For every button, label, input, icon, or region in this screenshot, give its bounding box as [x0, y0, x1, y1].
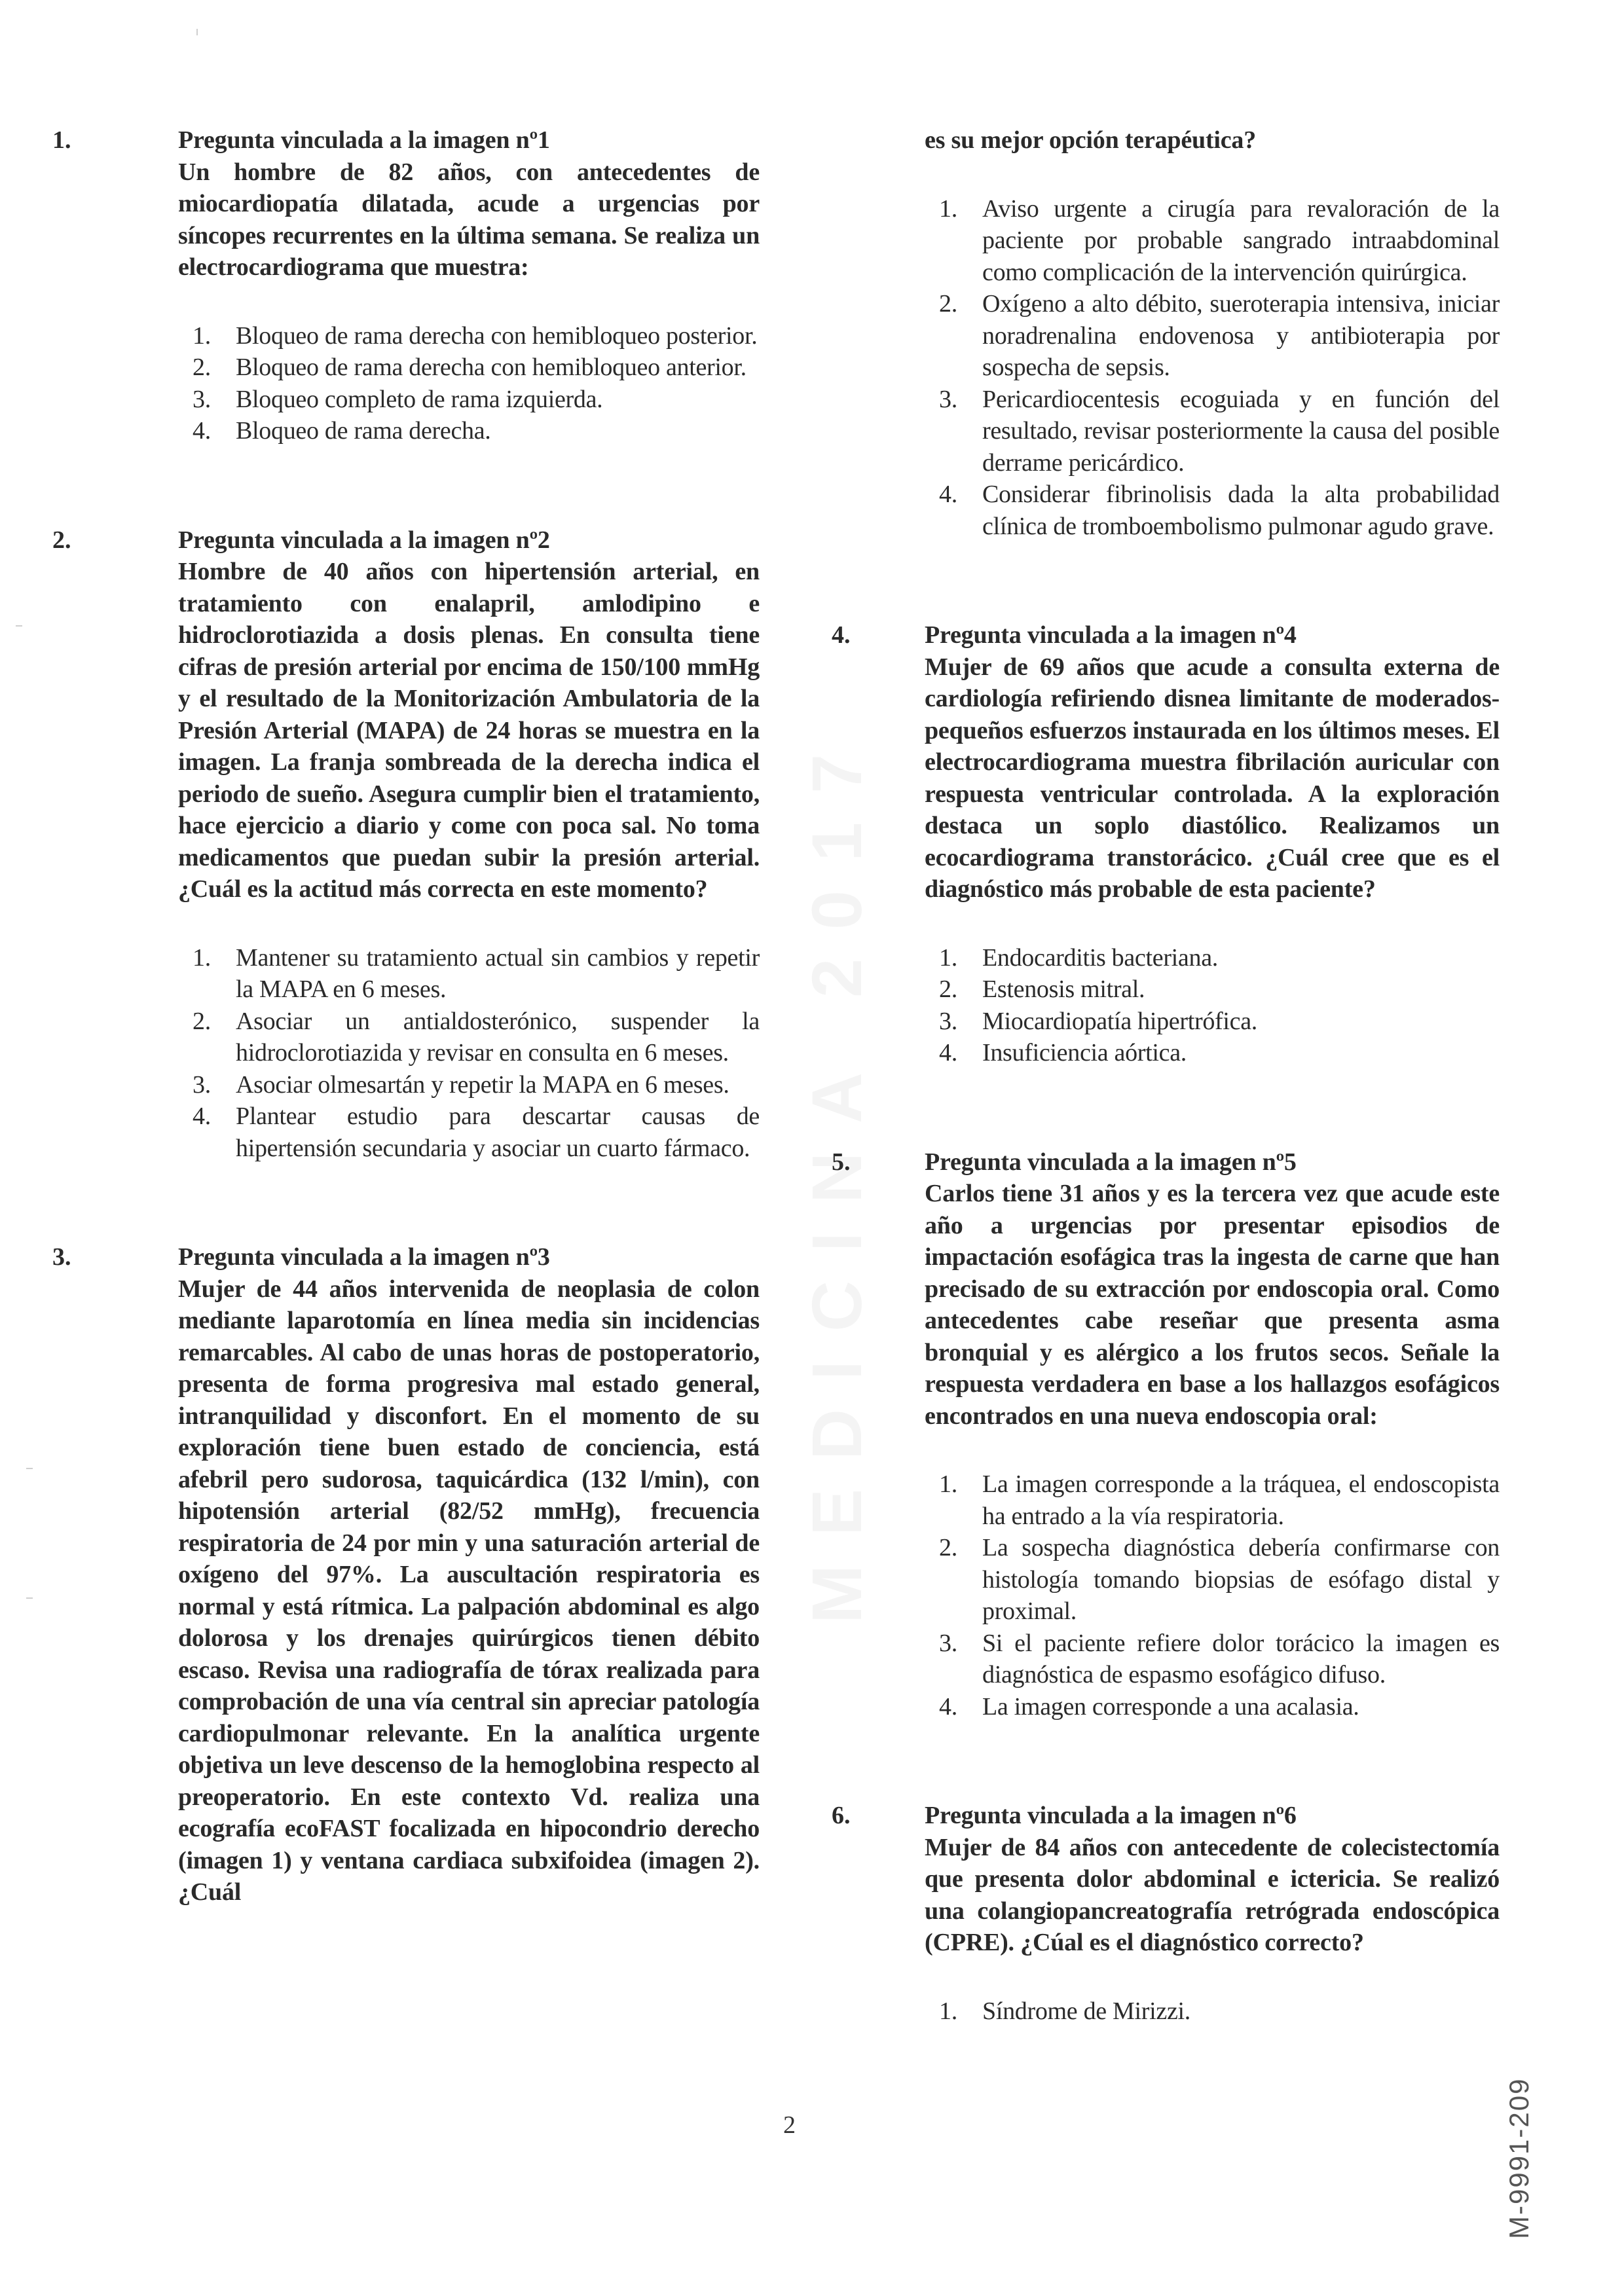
- answer-option-2[interactable]: 2.La sospecha diagnóstica debería confir…: [925, 1532, 1500, 1628]
- answer-option-4[interactable]: 4.La imagen corresponde a una acalasia.: [925, 1691, 1500, 1723]
- answer-option-3[interactable]: 3.Si el paciente refiere dolor torácico …: [925, 1628, 1500, 1691]
- page-number: 2: [783, 2111, 796, 2140]
- answer-option-4[interactable]: 4.Bloqueo de rama derecha.: [178, 415, 760, 447]
- question-number: 1.: [52, 124, 71, 156]
- question-number: 6.: [832, 1800, 851, 1831]
- question-3: 3. Pregunta vinculada a la imagen nº3 Mu…: [52, 1241, 760, 1908]
- question-6: 6. Pregunta vinculada a la imagen nº6 Mu…: [832, 1800, 1500, 2027]
- question-title: Pregunta vinculada a la imagen nº5: [925, 1146, 1500, 1178]
- answer-options: 1.Endocarditis bacteriana. 2.Estenosis m…: [925, 942, 1500, 1069]
- answer-option-4[interactable]: 4.Insuficiencia aórtica.: [925, 1037, 1500, 1069]
- question-5: 5. Pregunta vinculada a la imagen nº5 Ca…: [832, 1146, 1500, 1723]
- question-title: Pregunta vinculada a la imagen nº2: [178, 524, 760, 556]
- question-title: Pregunta vinculada a la imagen nº4: [925, 619, 1500, 651]
- scan-mark: [26, 1468, 33, 1469]
- answer-option-3[interactable]: 3.Bloqueo completo de rama izquierda.: [178, 384, 760, 416]
- exam-page: MEDICINA 2017 1. Pregunta vinculada a la…: [0, 0, 1624, 2296]
- answer-option-1[interactable]: 1.Endocarditis bacteriana.: [925, 942, 1500, 974]
- question-stem: Mujer de 69 años que acude a consulta ex…: [925, 651, 1500, 905]
- answer-option-3[interactable]: 3.Miocardiopatía hipertrófica.: [925, 1006, 1500, 1038]
- document-code: M-9991-209: [1504, 2078, 1535, 2239]
- answer-option-3[interactable]: 3.Pericardiocentesis ecoguiada y en func…: [925, 384, 1500, 479]
- question-title: Pregunta vinculada a la imagen nº1: [178, 124, 760, 156]
- question-number: 2.: [52, 524, 71, 556]
- answer-options: 1.La imagen corresponde a la tráquea, el…: [925, 1468, 1500, 1722]
- answer-option-2[interactable]: 2.Asociar un antialdosterónico, suspende…: [178, 1006, 760, 1069]
- question-2: 2. Pregunta vinculada a la imagen nº2 Ho…: [52, 524, 760, 1165]
- answer-options: 1.Mantener su tratamiento actual sin cam…: [178, 942, 760, 1165]
- question-3-continuation: es su mejor opción terapéutica? 1.Aviso …: [832, 124, 1500, 542]
- answer-option-2[interactable]: 2.Estenosis mitral.: [925, 974, 1500, 1006]
- answer-option-1[interactable]: 1.Mantener su tratamiento actual sin cam…: [178, 942, 760, 1006]
- scan-mark: [196, 29, 198, 35]
- question-1: 1. Pregunta vinculada a la imagen nº1 Un…: [52, 124, 760, 447]
- question-stem: Mujer de 84 años con antecedente de cole…: [925, 1832, 1500, 1959]
- answer-option-2[interactable]: 2.Bloqueo de rama derecha con hemibloque…: [178, 352, 760, 384]
- question-stem: Un hombre de 82 años, con antecedentes d…: [178, 156, 760, 283]
- left-column: 1. Pregunta vinculada a la imagen nº1 Un…: [52, 124, 760, 1908]
- answer-option-3[interactable]: 3.Asociar olmesartán y repetir la MAPA e…: [178, 1069, 760, 1101]
- answer-option-1[interactable]: 1.Bloqueo de rama derecha con hemibloque…: [178, 320, 760, 352]
- question-stem-continued: es su mejor opción terapéutica?: [925, 124, 1500, 156]
- answer-option-1[interactable]: 1.Síndrome de Mirizzi.: [925, 1995, 1500, 2028]
- answer-options: 1.Aviso urgente a cirugía para revalorac…: [925, 193, 1500, 543]
- answer-option-4[interactable]: 4.Plantear estudio para descartar causas…: [178, 1101, 760, 1164]
- answer-option-2[interactable]: 2.Oxígeno a alto débito, sueroterapia in…: [925, 288, 1500, 384]
- question-number: 3.: [52, 1241, 71, 1273]
- answer-option-1[interactable]: 1.La imagen corresponde a la tráquea, el…: [925, 1468, 1500, 1532]
- answer-options: 1.Síndrome de Mirizzi.: [925, 1995, 1500, 2028]
- right-column: es su mejor opción terapéutica? 1.Aviso …: [832, 124, 1500, 2027]
- question-title: Pregunta vinculada a la imagen nº6: [925, 1800, 1500, 1832]
- answer-options: 1.Bloqueo de rama derecha con hemibloque…: [178, 320, 760, 447]
- question-stem: Mujer de 44 años intervenida de neoplasi…: [178, 1273, 760, 1908]
- question-number: 5.: [832, 1146, 851, 1178]
- answer-option-1[interactable]: 1.Aviso urgente a cirugía para revalorac…: [925, 193, 1500, 289]
- question-4: 4. Pregunta vinculada a la imagen nº4 Mu…: [832, 619, 1500, 1069]
- scan-mark: [16, 625, 22, 627]
- question-stem: Hombre de 40 años con hipertensión arter…: [178, 556, 760, 905]
- scan-mark: [26, 1597, 33, 1599]
- question-stem: Carlos tiene 31 años y es la tercera vez…: [925, 1178, 1500, 1432]
- question-title: Pregunta vinculada a la imagen nº3: [178, 1241, 760, 1273]
- answer-option-4[interactable]: 4.Considerar fibrinolisis dada la alta p…: [925, 479, 1500, 542]
- question-number: 4.: [832, 619, 851, 651]
